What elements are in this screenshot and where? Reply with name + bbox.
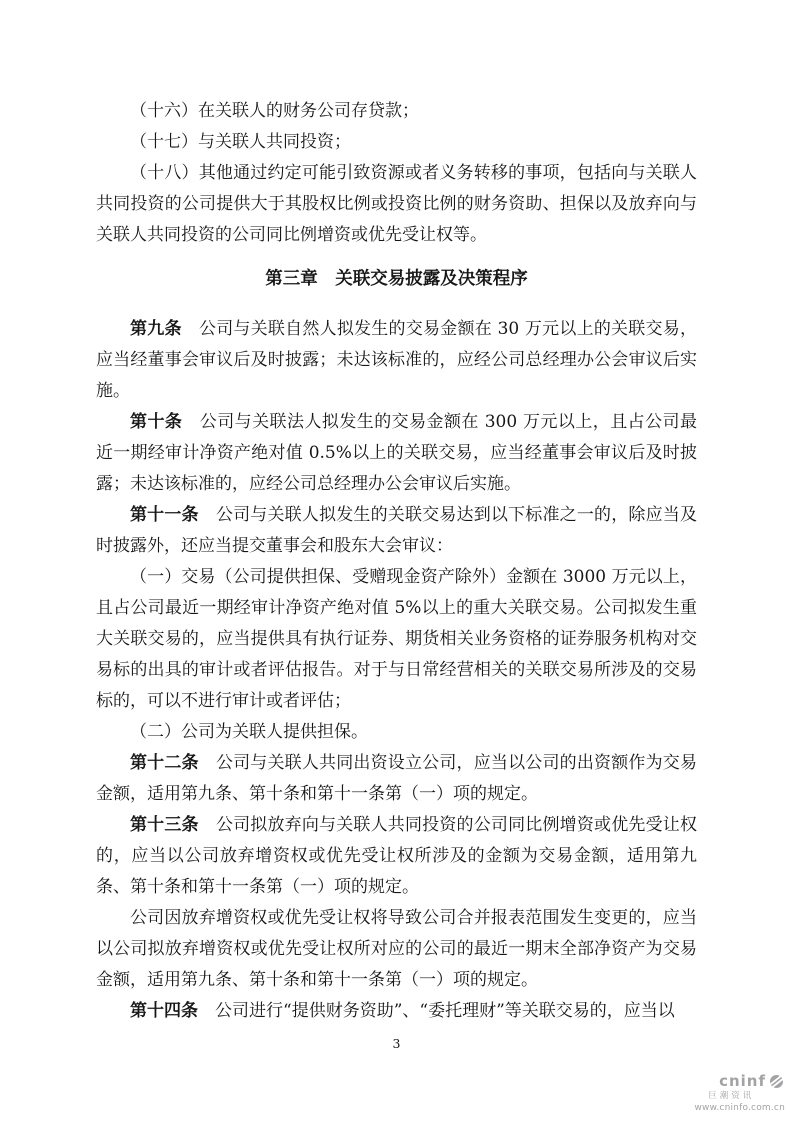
document-page: （十六）在关联人的财务公司存贷款；（十七）与关联人共同投资；（十八）其他通过约定… xyxy=(0,0,793,1122)
article-number: 第九条 xyxy=(130,319,199,339)
logo-brand-text: cninf xyxy=(719,1074,766,1089)
paragraph-text: （十六）在关联人的财务公司存贷款； xyxy=(130,101,419,121)
paragraph: 第十一条 公司与关联人拟发生的关联交易达到以下标准之一的，除应当及时披露外，还应… xyxy=(96,500,697,562)
logo-subtitle: 巨潮资讯 xyxy=(695,1092,786,1101)
paragraph-text: 公司进行“提供财务资助”、“委托理财”等关联交易的，应当以 xyxy=(215,1001,675,1021)
paragraph: （一）交易（公司提供担保、受赠现金资产除外）金额在 3000 万元以上，且占公司… xyxy=(96,562,697,717)
paragraph: 第十二条 公司与关联人共同出资设立公司，应当以公司的出资额作为交易金额，适用第九… xyxy=(96,748,697,810)
paragraph: （二）公司为关联人提供担保。 xyxy=(96,717,697,748)
article-number: 第十二条 xyxy=(130,753,216,773)
article-number: 第十一条 xyxy=(130,505,216,525)
paragraph: 公司因放弃增资权或优先受让权将导致公司合并报表范围发生变更的，应当以公司拟放弃增… xyxy=(96,903,697,996)
chapter-heading-text: 第三章 关联交易披露及决策程序 xyxy=(265,269,528,289)
paragraph: 第十条 公司与关联法人拟发生的交易金额在 300 万元以上，且占公司最近一期经审… xyxy=(96,407,697,500)
paragraph: （十七）与关联人共同投资； xyxy=(96,127,697,158)
paragraph: 第十三条 公司拟放弃向与关联人共同投资的公司同比例增资或优先受让权的，应当以公司… xyxy=(96,810,697,903)
paragraph: （十六）在关联人的财务公司存贷款； xyxy=(96,96,697,127)
paragraph-text: （十八）其他通过约定可能引致资源或者义务转移的事项，包括向与关联人共同投资的公司… xyxy=(96,163,697,245)
cninfo-logo: cninf 巨潮资讯 www.cninfo.com.cn xyxy=(695,1073,786,1113)
cninfo-swirl-icon xyxy=(768,1073,785,1090)
logo-url: www.cninfo.com.cn xyxy=(695,1104,786,1113)
paragraph: （十八）其他通过约定可能引致资源或者义务转移的事项，包括向与关联人共同投资的公司… xyxy=(96,158,697,251)
paragraph: 第九条 公司与关联自然人拟发生的交易金额在 30 万元以上的关联交易，应当经董事… xyxy=(96,314,697,407)
paragraph-text: （一）交易（公司提供担保、受赠现金资产除外）金额在 3000 万元以上，且占公司… xyxy=(96,567,697,711)
article-number: 第十条 xyxy=(130,412,200,432)
paragraph-text: 公司因放弃增资权或优先受让权将导致公司合并报表范围发生变更的，应当以公司拟放弃增… xyxy=(96,908,697,990)
chapter-heading: 第三章 关联交易披露及决策程序 xyxy=(96,264,697,295)
paragraph-text: （二）公司为关联人提供担保。 xyxy=(130,722,368,742)
article-number: 第十三条 xyxy=(130,815,216,835)
page-number: 3 xyxy=(0,1036,793,1051)
document-body: （十六）在关联人的财务公司存贷款；（十七）与关联人共同投资；（十八）其他通过约定… xyxy=(96,96,697,1027)
article-number: 第十四条 xyxy=(130,1001,215,1021)
paragraph: 第十四条 公司进行“提供财务资助”、“委托理财”等关联交易的，应当以 xyxy=(96,996,697,1027)
logo-brand-row: cninf xyxy=(695,1073,786,1090)
paragraph-text: （十七）与关联人共同投资； xyxy=(130,132,351,152)
